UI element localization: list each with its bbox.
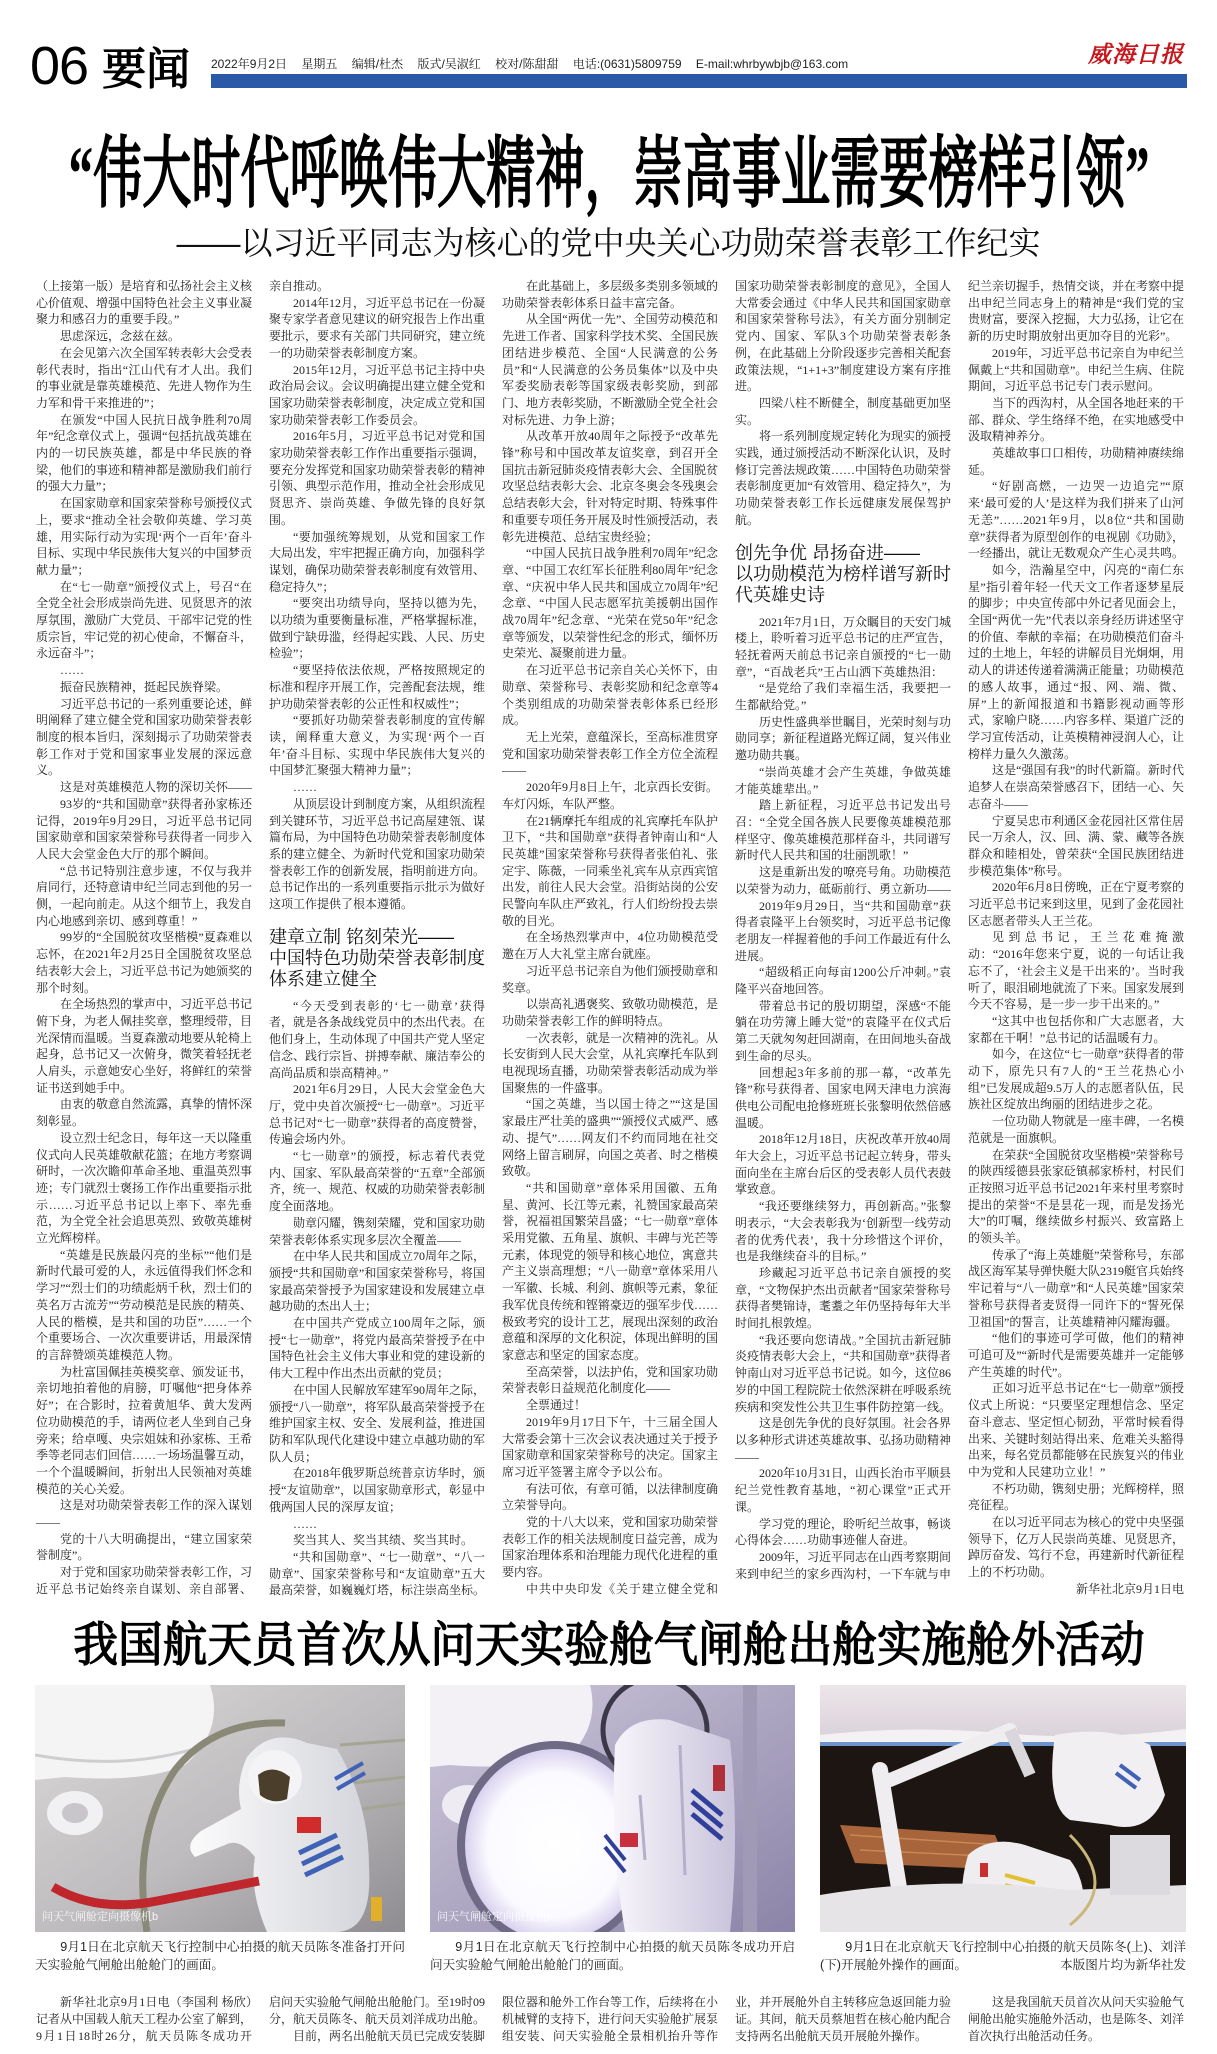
page-number: 06 xyxy=(30,36,88,96)
article-paragraph: 全票通过！ xyxy=(502,1397,718,1414)
paragraph-list: 目前，两名出舱航天员已完成安装脚 xyxy=(269,2028,485,2045)
article-paragraph: 93岁的“共和国勋章”获得者孙家栋还记得，2019年9月29日，习近平总书记同国… xyxy=(36,796,252,863)
article-paragraph: 振奋民族精神，挺起民族脊梁。 xyxy=(36,679,252,696)
article-paragraph: 思虑深远，念兹在兹。 xyxy=(36,328,252,345)
continued-paragraph: 启问天实验舱气闸舱出舱舱门。至19时09分，航天员陈冬、航天员刘洋成功出舱。 xyxy=(269,1994,485,2028)
article-paragraph: 历史性盛典举世瞩目，光荣时刻与功勋同享；新征程道路光辉辽阔，复兴伟业邀功勋共襄。 xyxy=(735,714,951,764)
article-paragraph: 如今，在这位“七一勋章”获得者的带动下，原先只有7人的“王兰花热心小组”已发展成… xyxy=(968,1046,1184,1113)
article-paragraph: “我还要向您请战。”全国抗击新冠肺炎疫情表彰大会上，“共和国勋章”获得者钟南山对… xyxy=(735,1332,951,1416)
article-paragraph: 2014年12月，习近平总书记在一份凝聚专家学者意见建议的研究报告上作出重要批示… xyxy=(269,295,485,362)
article-paragraph: 带着总书记的殷切期望，深感“不能躺在功劳簿上睡大觉”的袁隆平在仪式后第二天就匆匆… xyxy=(735,998,951,1065)
article-column-2: 亲自推动。 2014年12月，习近平总书记在一份凝聚专家学者意见建议的研究报告上… xyxy=(269,278,485,1600)
article-column-5: 纪兰亲切握手，热情交谈，并在考察中提出申纪兰同志身上的精神是“我们党的宝贵财富，… xyxy=(968,278,1184,1600)
article-paragraph: 党的十八大以来，党和国家功勋荣誉表彰工作的相关法规制度日益完善，成为国家治理体系… xyxy=(502,1514,718,1581)
continued-paragraph: 纪兰亲切握手，热情交谈，并在考察中提出申纪兰同志身上的精神是“我们党的宝贵财富，… xyxy=(968,278,1184,345)
space-article-column-4: 业，并开展舱外自主转移应急返回能力验证。其间，航天员蔡旭哲在核心舱内配合支持两名… xyxy=(735,1994,951,2054)
article-paragraph: …… xyxy=(269,779,485,796)
article-paragraph: 学习党的理论，聆听纪兰故事，畅谈心得体会……功勋事迹催人奋进。 xyxy=(735,1516,951,1549)
article-paragraph: 2015年12月，习近平总书记主持中央政治局会议。会议明确提出建立健全党和国家功… xyxy=(269,362,485,429)
article-paragraph: “共和国勋章”章体采用国徽、五角星、黄河、长江等元素，礼赞国家最高荣誉，祝福祖国… xyxy=(502,1180,718,1364)
newspaper-page: 06要闻 2022年9月2日 星期五 编辑/杜杰 版式/吴淑红 校对/陈甜甜 电… xyxy=(0,0,1217,2054)
continued-paragraph: 限位器和舱外工作台等工作，后续将在小机械臂的支持下，进行问天实验舱扩展泵组安装、… xyxy=(502,1994,718,2045)
article-paragraph: 新华社北京9月1日电（李国利 杨欣）记者从中国载人航天工程办公室了解到，9月1日… xyxy=(36,1994,252,2045)
spacewalk-photo-image xyxy=(820,1685,1186,1932)
email-address: E-mail:whrbywbjb@163.com xyxy=(696,57,848,71)
proofreader-credit: 校对/陈甜甜 xyxy=(495,57,558,71)
article-paragraph: 无上光荣，意蕴深长，至高标准贯穿党和国家功勋荣誉表彰工作全方位全流程—— xyxy=(502,729,718,779)
article-paragraph: 中共中央印发《关于建立健全党和 xyxy=(502,1581,718,1598)
photo-caption-1: 9月1日在北京航天飞行控制中心拍摄的航天员陈冬准备打开问天实验舱气闸舱出舱舱门的… xyxy=(35,1938,405,1974)
main-subtitle: ——以习近平同志为核心的党中央关心功勋荣誉表彰工作纪实 xyxy=(0,224,1217,262)
article-paragraph: 从顶层设计到制度方案，从组织流程到关键环节，习近平总书记高屋建瓴、谋篇布局，为中… xyxy=(269,796,485,913)
article-paragraph: 2019年9月17日下午，十三届全国人大常委会第十三次会议表决通过关于授予国家勋… xyxy=(502,1414,718,1481)
astronaut-photo-image xyxy=(35,1685,405,1932)
article-paragraph: 2021年7月1日，万众瞩目的天安门城楼上，聆听着习近平总书记的庄严宣告，轻抚着… xyxy=(735,614,951,681)
main-headline: “伟大时代呼唤伟大精神，崇高事业需要榜样引领” xyxy=(0,130,1217,222)
article-paragraph: 这是对英雄模范人物的深切关怀—— xyxy=(36,779,252,796)
article-paragraph: 奖当其人、奖当其绩、奖当其时。 xyxy=(269,1532,485,1549)
section-heading-line: 建章立制 铭刻荣光—— xyxy=(269,927,454,947)
section-heading-1: 建章立制 铭刻荣光——中国特色功勋荣誉表彰制度体系建立健全 xyxy=(269,927,485,990)
article-paragraph: “要加强统筹规划，从党和国家工作大局出发，牢牢把握正确方向，加强科学谋划，确保功… xyxy=(269,529,485,596)
article-paragraph: 习近平总书记亲自为他们颁授勋章和奖章。 xyxy=(502,963,718,996)
article-paragraph: “今天受到表彰的‘七一勋章’获得者，就是各条战线党员中的杰出代表。在他们身上，生… xyxy=(269,998,485,1082)
article-paragraph: 宁夏吴忠市利通区金花园社区常住居民一万余人，汉、回、满、蒙、藏等各族群众和睦相处… xyxy=(968,813,1184,880)
photo-astronaut-preparing-hatch: 问天气闸舱定向摄像机b xyxy=(35,1685,405,1932)
article-column-3: 在此基础上，多层级多类别多领域的功勋荣誉表彰体系日益丰富完备。从全国“两优一先”… xyxy=(502,278,718,1600)
article-paragraph: “英雄是民族最闪亮的坐标”“他们是新时代最可爱的人，永远值得我们怀念和学习”“烈… xyxy=(36,1247,252,1364)
paragraph-list: 2019年，习近平总书记亲自为申纪兰佩戴上“共和国勋章”。申纪兰生病、住院期间，… xyxy=(968,345,1184,1581)
article-paragraph: “超级稻正向每亩1200公斤冲刺。”袁隆平兴奋地回答。 xyxy=(735,964,951,997)
article-paragraph: “国之英雄，当以国士待之”“这是国家最庄严壮美的盛典”“颁授仪式威严、感动、提气… xyxy=(502,1096,718,1180)
article-paragraph: 在习近平总书记亲自关心关怀下，由勋章、荣誉称号、表彰奖励和纪念章等4个类别组成的… xyxy=(502,662,718,729)
article-paragraph: 这是创先争优的良好氛围。社会各界以多种形式讲述英雄故事、弘扬功勋精神—— xyxy=(735,1415,951,1465)
article-paragraph: 在21辆摩托车组成的礼宾摩托车队护卫下，“共和国勋章”获得者钟南山和“人民英雄”… xyxy=(502,813,718,930)
article-paragraph: 为杜富国佩挂英模奖章、颁发证书，亲切地拍着他的肩膀，叮嘱他“把身体养好”；在合影… xyxy=(36,1364,252,1498)
article-paragraph: 在颁发“中国人民抗日战争胜利70周年”纪念章仪式上，强调“包括抗战英雄在内的一切… xyxy=(36,412,252,496)
article-paragraph: 见到总书记，王兰花难掩激动：“2016年您来宁夏，说的一句话让我忘不了，‘社会主… xyxy=(968,929,1184,1013)
article-paragraph: 有法可依，有章可循，以法律制度确立荣誉导向。 xyxy=(502,1481,718,1514)
article-paragraph: 当下的西沟村，从全国各地赶来的干部、群众、学生络绎不绝，在实地感受中汲取精神养分… xyxy=(968,395,1184,445)
header-blue-bar xyxy=(211,74,1187,88)
article-paragraph: “是党给了我们幸福生活，我要把一生都献给党。” xyxy=(735,680,951,713)
section-heading-line: 以功勋模范为榜样谱写新时代英雄史诗 xyxy=(735,564,951,605)
camera-watermark: 问天气闸舱定向摄像机b xyxy=(437,1911,553,1924)
article-paragraph: 在此基础上，多层级多类别多领域的功勋荣誉表彰体系日益丰富完备。 xyxy=(502,278,718,311)
article-paragraph: …… xyxy=(269,1516,485,1533)
issue-weekday: 星期五 xyxy=(301,57,337,71)
article-paragraph: 在中华人民共和国成立70周年之际，颁授“共和国勋章”和国家荣誉称号，将国家最高荣… xyxy=(269,1248,485,1315)
article-paragraph: “总书记特别注意步速，不仅与我并肩同行，还特意请申纪兰同志到他的另一侧，一起向前… xyxy=(36,863,252,930)
article-paragraph: 珍藏起习近平总书记亲自颁授的奖章，“文物保护杰出贡献者”国家荣誉称号获得者樊锦诗… xyxy=(735,1265,951,1332)
article-paragraph: 2021年6月29日，人民大会堂金色大厅，党中央首次颁授“七一勋章”。习近平总书… xyxy=(269,1081,485,1148)
article-paragraph: 一次表彰，就是一次精神的洗礼。从长安街到人民大会堂，从礼宾摩托车队到电视现场直播… xyxy=(502,1030,718,1097)
astronaut-photo-image xyxy=(430,1685,795,1932)
article-paragraph: 至高荣誉，以法护佑，党和国家功勋荣誉表彰日益规范化制度化—— xyxy=(502,1364,718,1397)
photo-astronaut-opening-hatch: 问天气闸舱定向摄像机b xyxy=(430,1685,795,1932)
article-paragraph: 不朽功勋，镌刻史册；光辉榜样，照亮征程。 xyxy=(968,1481,1184,1514)
paragraph-list: 新华社北京9月1日电（李国利 杨欣）记者从中国载人航天工程办公室了解到，9月1日… xyxy=(36,1994,252,2045)
paragraph-list: “今天受到表彰的‘七一勋章’获得者，就是各条战线党员中的杰出代表。在他们身上，生… xyxy=(269,998,485,1599)
continued-paragraph: 国家功勋荣誉表彰制度的意见》，全国人大常委会通过《中华人民共和国国家勋章和国家荣… xyxy=(735,278,951,395)
page-section-label: 06要闻 xyxy=(30,38,190,94)
article-paragraph: 2018年12月18日，庆祝改革开放40周年大会上，习近平总书记起立转身，带头面… xyxy=(735,1131,951,1198)
section-heading-line: 中国特色功勋荣誉表彰制度体系建立健全 xyxy=(269,948,485,989)
article-paragraph: “七一勋章”的颁授，标志着代表党内、国家、军队最高荣誉的“五章”全部颁齐，统一、… xyxy=(269,1148,485,1215)
layout-credit: 版式/吴淑红 xyxy=(417,57,480,71)
article-paragraph: “我还要继续努力，再创新高。”张黎明表示，“大会表彰我为‘创新型一线劳动者的优秀… xyxy=(735,1198,951,1265)
continued-paragraph: （上接第一版）是培育和弘扬社会主义核心价值观、增强中国特色社会主义事业凝聚力和感… xyxy=(36,278,252,328)
paragraph-list: 2014年12月，习近平总书记在一份凝聚专家学者意见建议的研究报告上作出重要批示… xyxy=(269,295,485,913)
article-paragraph: 如今，浩瀚星空中，闪亮的“南仁东星”指引着年轻一代天文工作者逐梦星辰的脚步；中央… xyxy=(968,562,1184,762)
space-article-column-1: 新华社北京9月1日电（李国利 杨欣）记者从中国载人航天工程办公室了解到，9月1日… xyxy=(36,1994,252,2054)
camera-watermark: 问天气闸舱定向摄像机b xyxy=(42,1911,158,1924)
space-article-column-2: 启问天实验舱气闸舱出舱舱门。至19时09分，航天员陈冬、航天员刘洋成功出舱。 目… xyxy=(269,1994,485,2054)
article-paragraph: …… xyxy=(36,662,252,679)
article-paragraph: 2020年6月8日傍晚，正在宁夏考察的习近平总书记来到这里，见到了金花园社区志愿… xyxy=(968,879,1184,929)
article-paragraph: 这是“强国有我”的时代新篇。新时代追梦人在崇高荣誉感召下，团结一心、矢志奋斗—— xyxy=(968,762,1184,812)
paragraph-list: 在此基础上，多层级多类别多领域的功勋荣誉表彰体系日益丰富完备。从全国“两优一先”… xyxy=(502,278,718,1598)
article-paragraph: 在全场热烈的掌声中，习近平总书记俯下身，为老人佩挂奖章，整理绶带，目光深情而温暖… xyxy=(36,996,252,1096)
article-paragraph: 对于党和国家功勋荣誉表彰工作，习近平总书记始终亲自谋划、亲自部署、 xyxy=(36,1564,252,1597)
article-paragraph: 传承了“海上英雄艇”荣誉称号，东部战区海军某导弹快艇大队2319艇官兵始终牢记着… xyxy=(968,1247,1184,1331)
article-paragraph: 目前，两名出舱航天员已完成安装脚 xyxy=(269,2028,485,2045)
article-paragraph: 由衷的敬意自然流露，真挚的情怀深刻彰显。 xyxy=(36,1096,252,1129)
article-paragraph: 在2018年俄罗斯总统普京访华时，颁授“友谊勋章”，以国家勋章形式，彰显中俄两国… xyxy=(269,1465,485,1515)
article-paragraph: 2009年，习近平同志在山西考察期间来到申纪兰的家乡西沟村，一下车就与申 xyxy=(735,1549,951,1582)
article-paragraph: 这是对功勋荣誉表彰工作的深入谋划—— xyxy=(36,1497,252,1530)
article-column-1: （上接第一版）是培育和弘扬社会主义核心价值观、增强中国特色社会主义事业凝聚力和感… xyxy=(36,278,252,1600)
article-paragraph: 在全场热烈掌声中，4位功勋模范受邀在万人大礼堂主席台就座。 xyxy=(502,929,718,962)
continued-paragraph: 业，并开展舱外自主转移应急返回能力验证。其间，航天员蔡旭哲在核心舱内配合支持两名… xyxy=(735,1994,951,2045)
editor-credit: 编辑/杜杰 xyxy=(352,57,403,71)
article-paragraph: 在“七一勋章”颁授仪式上，号召“在全党全社会形成崇尚先进、见贤思齐的浓厚氛围，激… xyxy=(36,579,252,663)
article-paragraph: 2020年9月8日上午，北京西长安街。车灯闪烁，车队严整。 xyxy=(502,779,718,812)
article-paragraph: 2019年9月29日，当“共和国勋章”获得者袁隆平上台领奖时，习近平总书记像老朋… xyxy=(735,898,951,965)
article-paragraph: 一位功勋人物就是一座丰碑，一名模范就是一面旗帜。 xyxy=(968,1113,1184,1146)
photo-caption-2: 9月1日在北京航天飞行控制中心拍摄的航天员陈冬成功开启问天实验舱气闸舱出舱舱门的… xyxy=(430,1938,795,1974)
photo-extravehicular-activity xyxy=(820,1685,1186,1932)
article-paragraph: 回想起3年多前的那一幕，“改革先锋”称号获得者、国家电网天津电力滨海供电公司配电… xyxy=(735,1065,951,1132)
section-name: 要闻 xyxy=(102,45,190,94)
article-paragraph: 习近平总书记的一系列重要论述，鲜明阐释了建立健全党和国家功勋荣誉表彰制度的根本旨… xyxy=(36,696,252,780)
article-paragraph: 在会见第六次全国军转表彰大会受表彰代表时，指出“江山代有才人出。我们的事业就是靠… xyxy=(36,345,252,412)
article-paragraph: “中国人民抗日战争胜利70周年”纪念章、“中国工农红军长征胜利80周年”纪念章、… xyxy=(502,545,718,662)
newspaper-logo: 威海日报 xyxy=(1088,40,1184,70)
article-paragraph: 从全国“两优一先”、全国劳动模范和先进工作者、国家科学技术奖、全国民族团结进步模… xyxy=(502,311,718,428)
article-paragraph: “这其中也包括你和广大志愿者，大家都在干啊！”总书记的话温暖有力。 xyxy=(968,1013,1184,1046)
article-paragraph: 设立烈士纪念日，每年这一天以隆重仪式向人民英雄敬献花篮；在地方考察调研时，一次次… xyxy=(36,1130,252,1247)
article-paragraph: 以崇高礼遇褒奖、致敬功勋模范，是功勋荣誉表彰工作的鲜明特点。 xyxy=(502,996,718,1029)
space-headline: 我国航天员首次从问天实验舱气闸舱出舱实施舱外活动 xyxy=(0,1618,1217,1676)
article-paragraph: 这是我国航天员首次从问天实验舱气闸舱出舱实施舱外活动，也是陈冬、刘洋首次执行出舱… xyxy=(968,1994,1184,2045)
issue-date: 2022年9月2日 xyxy=(211,57,287,71)
article-paragraph: 在荣获“全国脱贫攻坚楷模”荣誉称号的陕西绥德县张家砭镇郝家桥村，村民们正按照习近… xyxy=(968,1147,1184,1247)
article-paragraph: 2019年，习近平总书记亲自为申纪兰佩戴上“共和国勋章”。申纪兰生病、住院期间，… xyxy=(968,345,1184,395)
space-headline-text: 我国航天员首次从问天实验舱气闸舱出舱实施舱外活动 xyxy=(73,1618,1144,1674)
article-paragraph: “共和国勋章”、“七一勋章”、“八一勋章”、国家荣誉称号和“友谊勋章”五大最高荣… xyxy=(269,1549,485,1599)
article-paragraph: 2016年5月，习近平总书记对党和国家功勋荣誉表彰工作作出重要指示强调，要充分发… xyxy=(269,428,485,528)
section-heading-line: 创先争优 昂扬奋进—— xyxy=(735,543,920,563)
article-paragraph: “要坚持依法依规，严格按照规定的标准和程序开展工作，完善配套法规，维护功勋荣誉表… xyxy=(269,662,485,712)
article-paragraph: “要抓好功勋荣誉表彰制度的宣传解读，阐释重大意义，为实现‘两个一百年’奋斗目标、… xyxy=(269,712,485,779)
paragraph-list: 思虑深远，念兹在兹。在会见第六次全国军转表彰大会受表彰代表时，指出“江山代有才人… xyxy=(36,328,252,1597)
article-paragraph: 勋章闪耀，镌刻荣耀，党和国家功勋荣誉表彰体系实现多层次全覆盖—— xyxy=(269,1215,485,1248)
continued-paragraph: 亲自推动。 xyxy=(269,278,485,295)
space-article-column-5: 这是我国航天员首次从问天实验舱气闸舱出舱实施舱外活动，也是陈冬、刘洋首次执行出舱… xyxy=(968,1994,1184,2054)
photo-credit: 本版图片均为新华社发 xyxy=(1060,1956,1186,1974)
article-paragraph: 在国家勋章和国家荣誉称号颁授仪式上，要求“推动全社会敬仰英雄、学习英雄，用实际行… xyxy=(36,495,252,579)
article-column-4: 国家功勋荣誉表彰制度的意见》，全国人大常委会通过《中华人民共和国国家勋章和国家荣… xyxy=(735,278,951,1600)
issue-meta-line: 2022年9月2日 星期五 编辑/杜杰 版式/吴淑红 校对/陈甜甜 电话:(06… xyxy=(211,57,859,71)
article-paragraph: 在中国共产党成立100周年之际，颁授“七一勋章”，将党内最高荣誉授予在中国特色社… xyxy=(269,1315,485,1382)
article-paragraph: 从改革开放40周年之际授予“改革先锋”称号和中国改革友谊奖章，到召开全国抗击新冠… xyxy=(502,428,718,545)
space-article-column-3: 限位器和舱外工作台等工作，后续将在小机械臂的支持下，进行问天实验舱扩展泵组安装、… xyxy=(502,1994,718,2054)
article-paragraph: 2020年10月31日，山西长治市平顺县纪兰党性教育基地，“初心课堂”正式开课。 xyxy=(735,1465,951,1515)
article-paragraph: 党的十八大明确提出，“建立国家荣誉制度”。 xyxy=(36,1531,252,1564)
article-paragraph: 将一系列制度规定转化为现实的颁授实践，通过颁授活动不断深化认识，及时修订完善法规… xyxy=(735,428,951,528)
article-paragraph: 在以习近平同志为核心的党中央坚强领导下，亿万人民崇尚英雄、见贤思齐，踔厉奋发、笃… xyxy=(968,1514,1184,1581)
article-paragraph: “崇尚英雄才会产生英雄，争做英雄才能英雄辈出。” xyxy=(735,764,951,797)
paragraph-list: 这是我国航天员首次从问天实验舱气闸舱出舱实施舱外活动，也是陈冬、刘洋首次执行出舱… xyxy=(968,1994,1184,2045)
article-paragraph: 这是重新出发的嘹亮号角。功勋模范以荣誉为动力，砥砺前行、勇立新功—— xyxy=(735,864,951,897)
article-paragraph: 在中国人民解放军建军90周年之际，颁授“八一勋章”，将军队最高荣誉授予在维护国家… xyxy=(269,1382,485,1466)
article-paragraph: 踏上新征程，习近平总书记发出号召：“全党全国各族人民要像英雄模范那样坚守、像英雄… xyxy=(735,797,951,864)
main-headline-text: “伟大时代呼唤伟大精神，崇高事业需要榜样引领” xyxy=(68,130,1149,218)
article-paragraph: 英雄故事口口相传，功勋精神赓续绵延。 xyxy=(968,445,1184,478)
section-heading-2: 创先争优 昂扬奋进——以功勋模范为榜样谱写新时代英雄史诗 xyxy=(735,543,951,606)
article-byline: 新华社北京9月1日电 xyxy=(968,1581,1184,1598)
article-paragraph: “要突出功绩导向，坚持以德为先，以功绩为重要衡量标准，严格掌握标准，做到宁缺毋滥… xyxy=(269,595,485,662)
article-paragraph: “他们的事迹可学可做，他们的精神可追可及”“新时代是需要英雄并一定能够产生英雄的… xyxy=(968,1330,1184,1380)
article-paragraph: 正如习近平总书记在“七一勋章”颁授仪式上所说：“只要坚定理想信念、坚定奋斗意志、… xyxy=(968,1380,1184,1480)
article-paragraph: 四梁八柱不断健全，制度基础更加坚实。 xyxy=(735,395,951,428)
article-paragraph: 99岁的“全国脱贫攻坚楷模”夏森难以忘怀，在2021年2月25日全国脱贫攻坚总结… xyxy=(36,929,252,996)
phone-number: 电话:(0631)5809759 xyxy=(573,57,682,71)
paragraph-list: 2021年7月1日，万众瞩目的天安门城楼上，聆听着习近平总书记的庄严宣告，轻抚着… xyxy=(735,614,951,1583)
paragraph-list: 四梁八柱不断健全，制度基础更加坚实。将一系列制度规定转化为现实的颁授实践，通过颁… xyxy=(735,395,951,529)
article-paragraph: “好剧高燃，一边哭一边追完”“原来‘最可爱的人’是这样为我们拼来了山河无恙”……… xyxy=(968,478,1184,562)
